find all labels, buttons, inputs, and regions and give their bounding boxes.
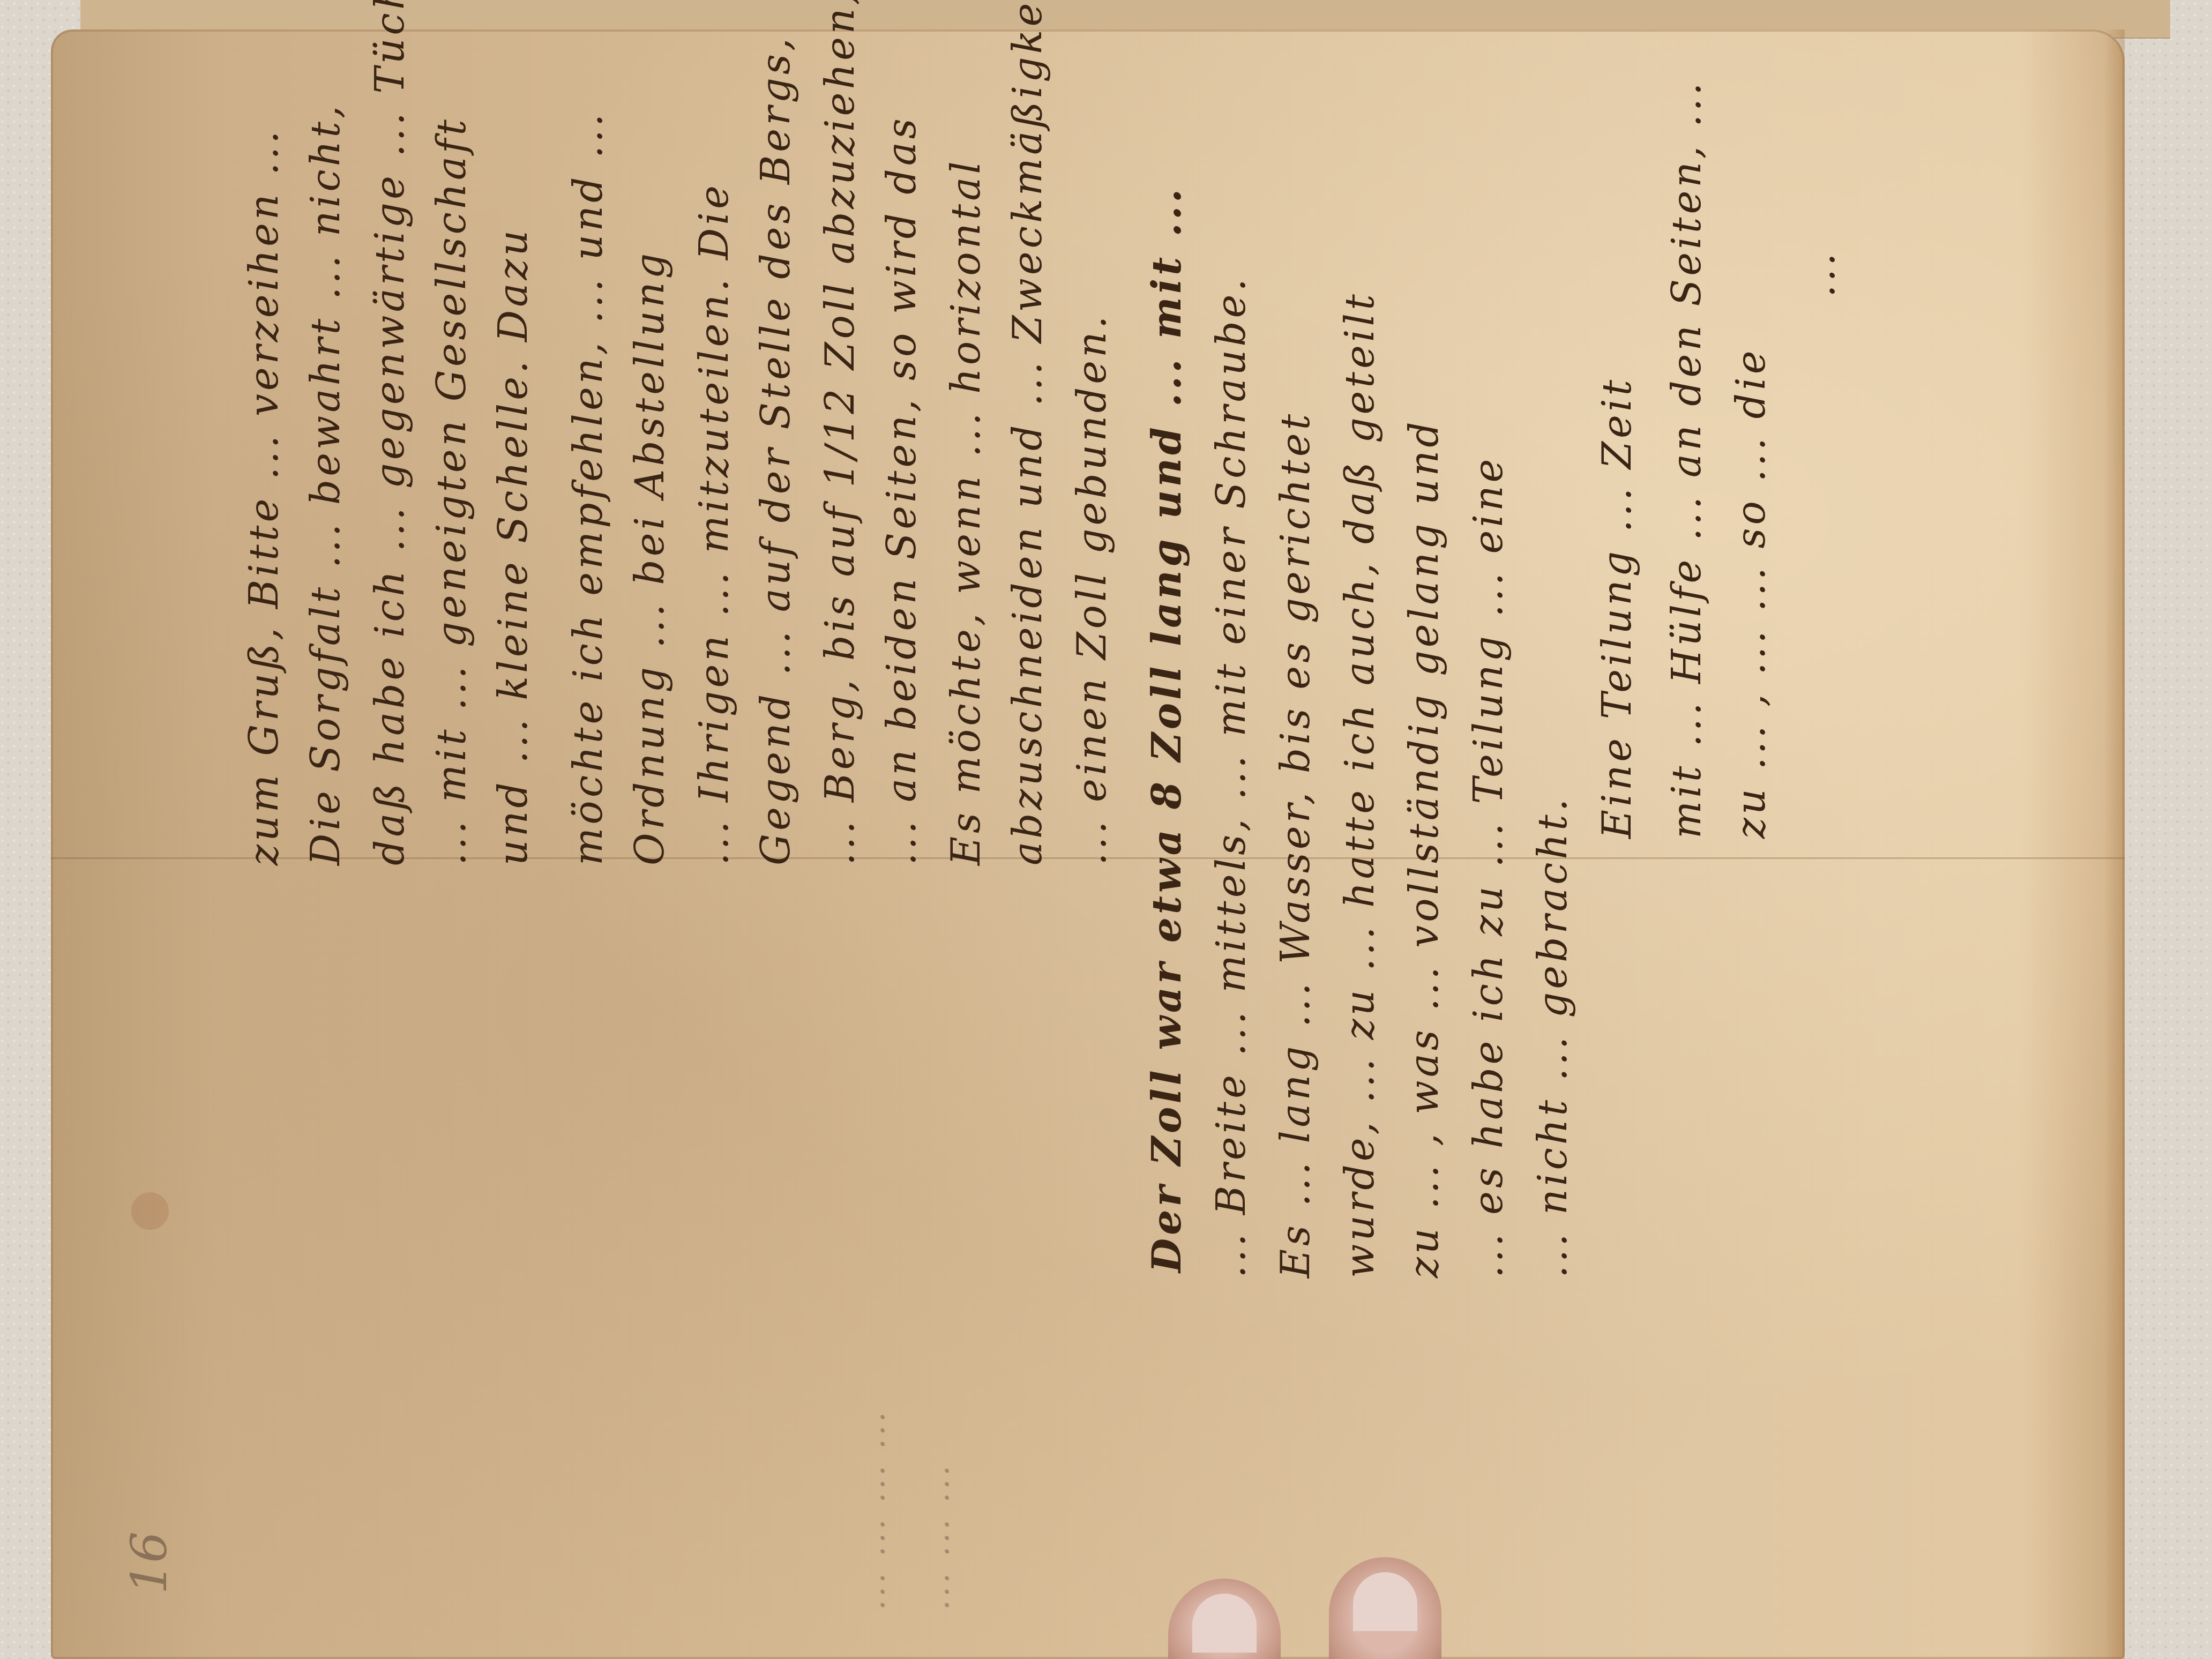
handwritten-line: ... einen Zoll gebunden. [1069,313,1115,865]
handwritten-line: ... es habe ich zu ... Teilung ... eine [1466,456,1512,1278]
faint-marginal-note: ... ... ... ... [855,1409,892,1610]
handwritten-line: zu ... , was ... vollständig gelang und [1401,419,1447,1278]
handwritten-line: Eine Teilung ... Zeit [1594,377,1640,839]
page-number: 16 [121,1531,178,1594]
handwritten-line: ... nicht ... gebracht. [1530,796,1576,1278]
handwritten-line: daß habe ich ... gegenwärtige ... Tüchti… [367,0,413,865]
handwritten-line: ... Ihrigen ... mitzuteilen. Die [691,182,737,865]
handwritten-line: Gegend ... auf der Stelle des Bergs, [753,35,799,865]
handwritten-line: ... mit ... geneigten Gesellschaft [429,116,475,865]
fingers-holding-page [1168,1602,1511,1659]
handwritten-line: abzuschneiden und ... Zweckmäßigkeit [1005,0,1051,865]
handwritten-line: Die Sorgfalt ... bewahrt ... nicht, [303,102,349,865]
ink-stain [131,1192,169,1230]
handwritten-line: und ... kleine Schelle. Dazu [490,227,536,865]
handwritten-line: Ordnung ... bei Abstellung [627,250,673,865]
handwritten-line: ... Berg, bis auf 1/12 Zoll abzuziehen, [817,0,863,865]
handwritten-line: zum Gruß, Bitte ... verzeihen ... [241,128,287,865]
manuscript-page: 16 zum Gruß, Bitte ... verzeihen ... Die… [51,29,2125,1659]
handwritten-line: zu ... , ... ... so ... die [1728,348,1774,839]
handwritten-line: ... Breite ... mittels, ... mit einer Sc… [1208,275,1254,1278]
handwritten-line: Der Zoll war etwa 8 Zoll lang und ... mi… [1144,186,1190,1273]
handwritten-line: mit ... Hülfe ... an den Seiten, ... [1664,80,1710,839]
faint-marginal-note: ... ... ... [919,1462,956,1610]
handwritten-line: Es ... lang ... Wasser, bis es gerichtet [1273,411,1319,1278]
handwritten-line: Es möchte, wenn ... horizontal [943,158,989,865]
handwritten-line: wurde, ... zu ... hatte ich auch, daß ge… [1337,291,1383,1278]
page-edge [2104,29,2125,1659]
handwritten-line: ... an beiden Seiten, so wird das [879,115,925,865]
handwritten-line: möchte ich empfehlen, ... und ... [565,111,611,865]
handwritten-line: ... [1798,250,1844,297]
